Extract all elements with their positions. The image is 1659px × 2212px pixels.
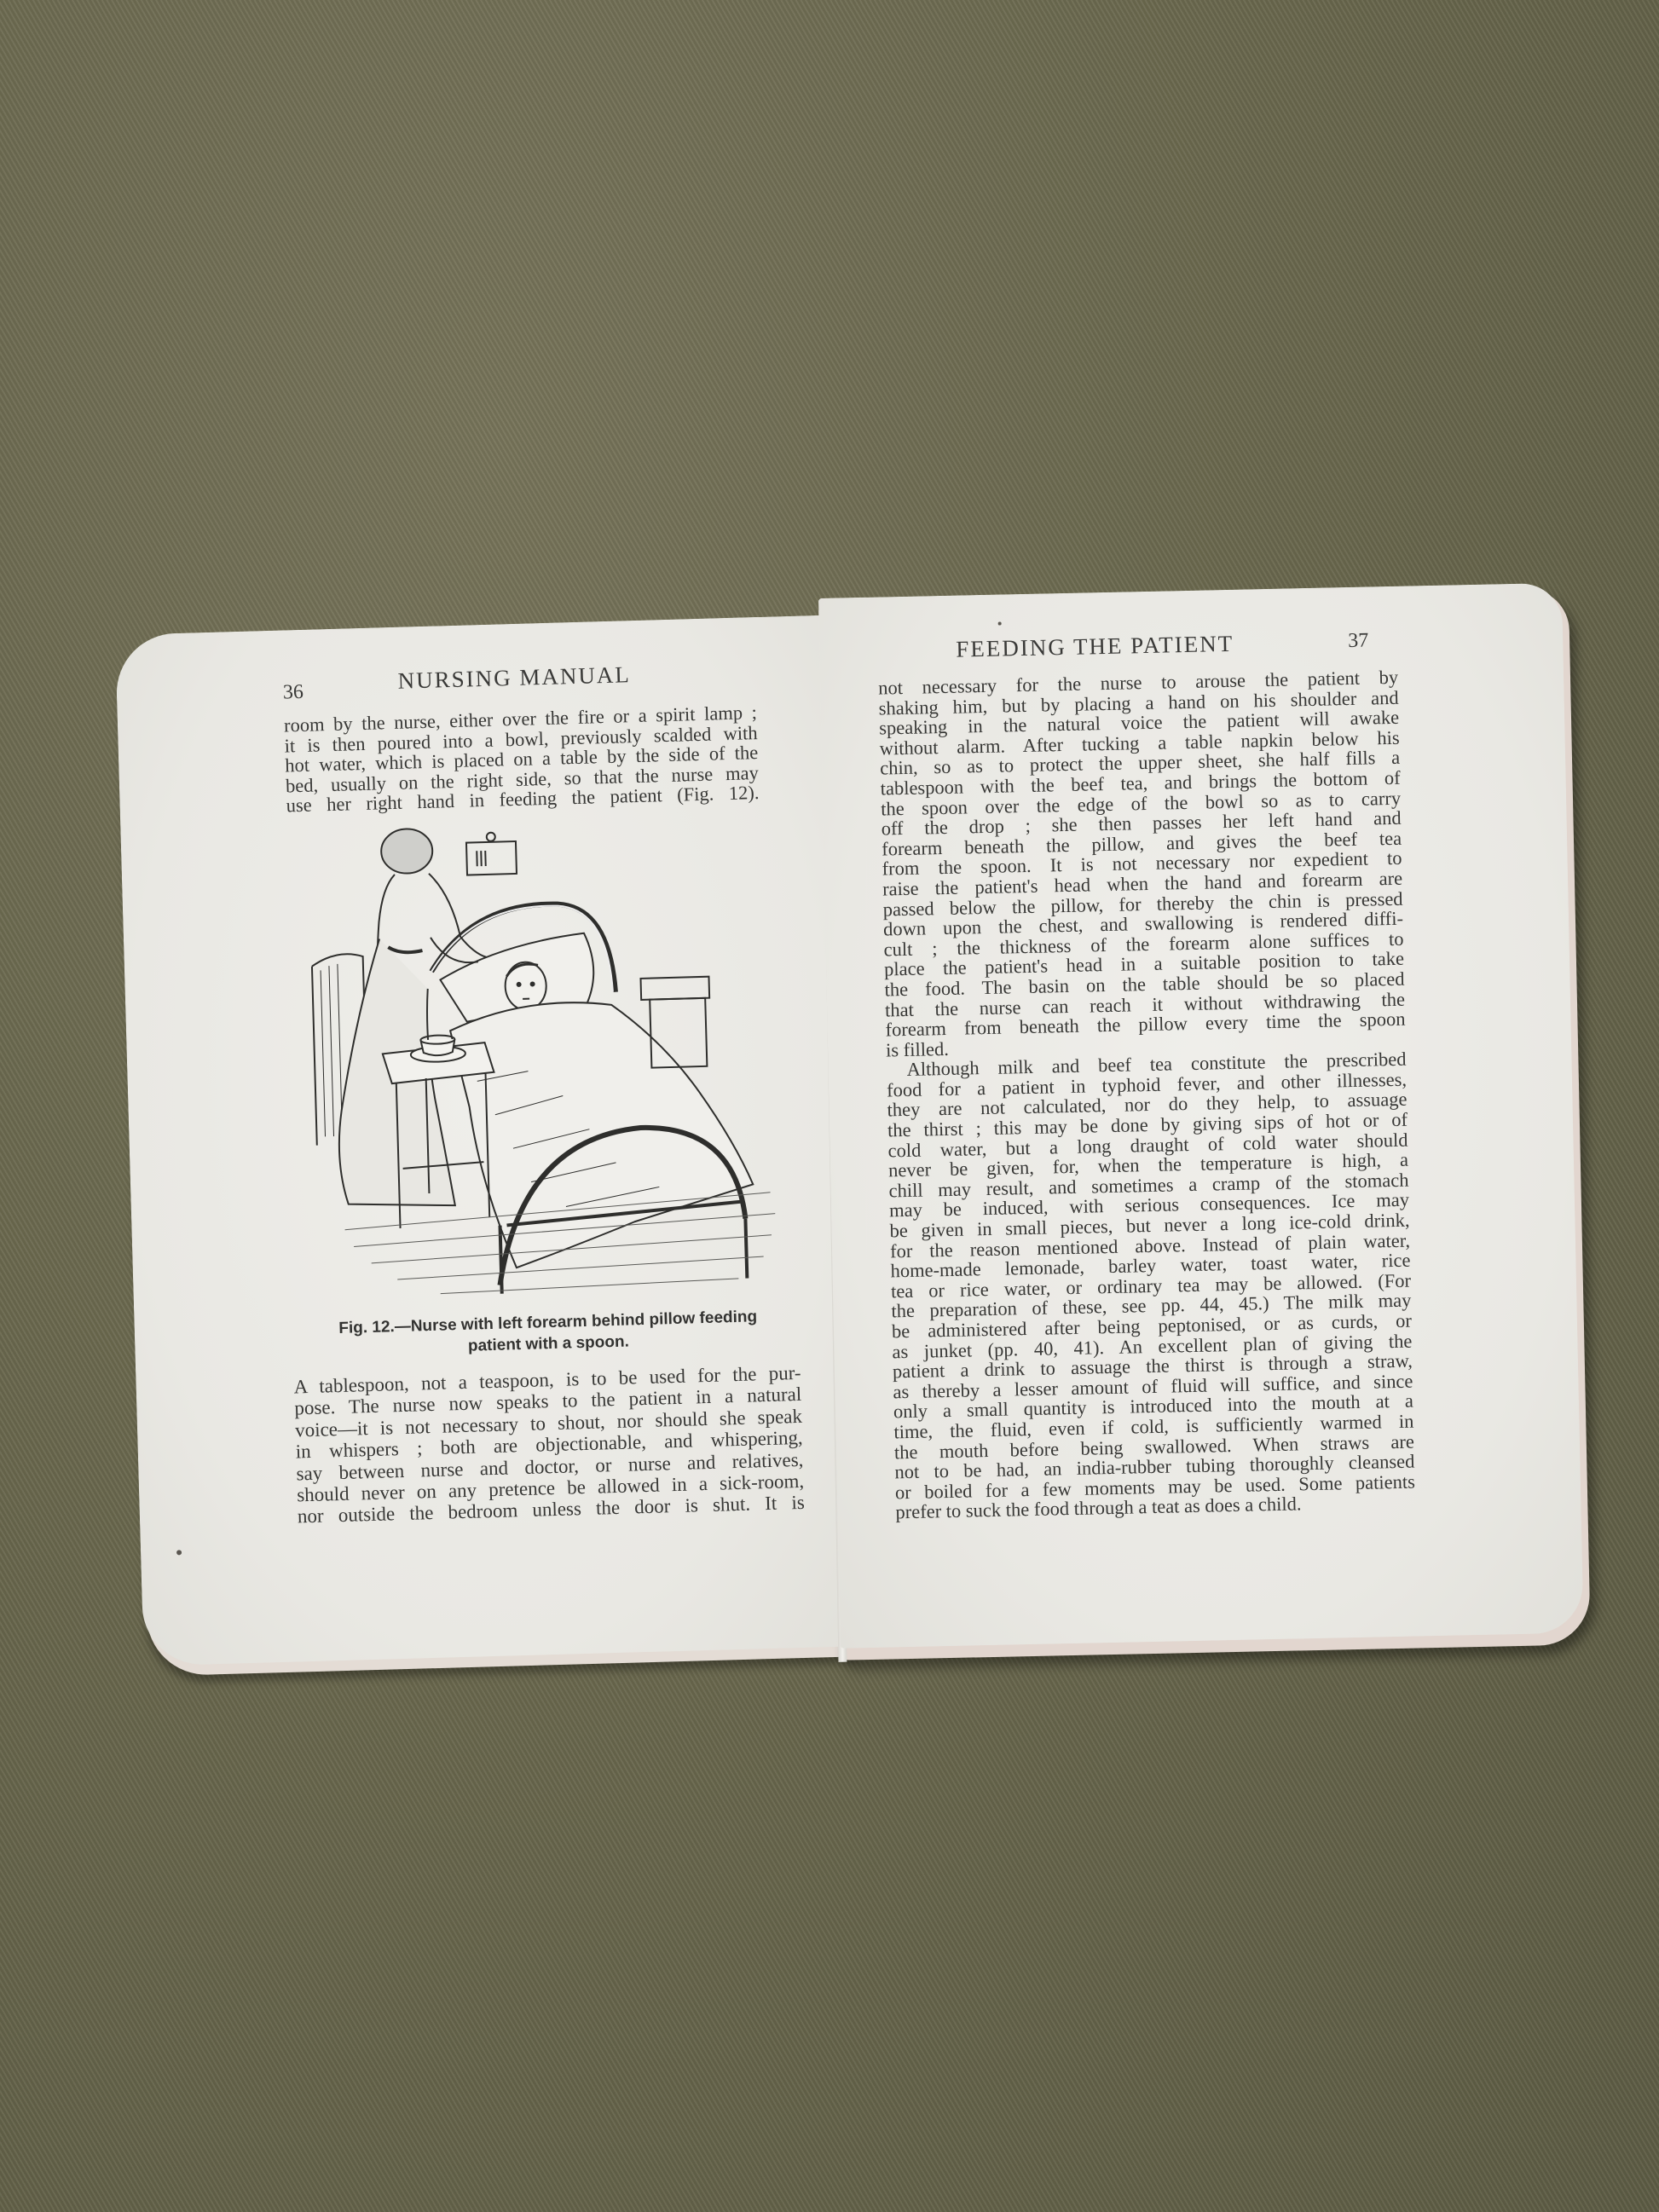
open-book: 36 NURSING MANUAL room by the nurse, eit…: [0, 0, 1659, 2212]
right-body-text: not necessary for the nurse to arouse th…: [878, 667, 1416, 1522]
engraving-icon: [299, 817, 798, 1308]
paper-speck: [176, 1550, 182, 1555]
figure-caption: Fig. 12.—Nurse with left forearm behind …: [300, 1305, 795, 1361]
left-page: 36 NURSING MANUAL room by the nurse, eit…: [115, 615, 851, 1666]
paper-speck: [998, 622, 1002, 626]
running-head-title: NURSING MANUAL: [397, 661, 631, 695]
running-head-title: FEEDING THE PATIENT: [956, 631, 1234, 663]
nurse-feeding-patient-illustration: [299, 817, 798, 1308]
page-number: 36: [283, 681, 304, 705]
left-bottom-paragraph: A tablespoon, not a teaspoon, is to be u…: [293, 1362, 805, 1528]
left-top-paragraph: room by the nurse, either over the fire …: [284, 702, 760, 816]
page-number: 37: [1348, 630, 1369, 653]
right-page: FEEDING THE PATIENT 37 not necessary for…: [818, 583, 1584, 1649]
right-running-head: FEEDING THE PATIENT 37: [819, 624, 1564, 673]
